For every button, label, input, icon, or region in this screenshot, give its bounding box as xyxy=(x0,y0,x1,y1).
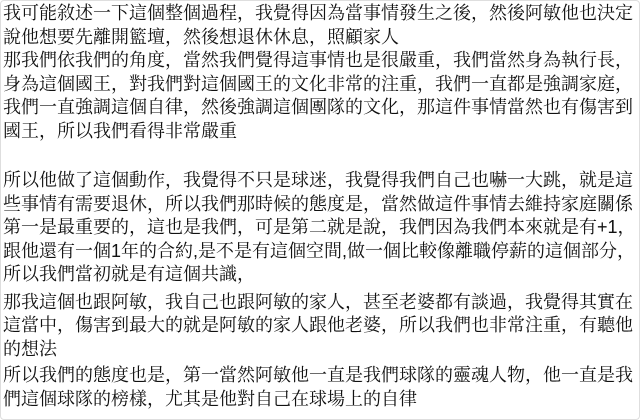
transcript-line: 我可能敘述一下這個整個過程，我覺得因為當事情發生之後，然後阿敏他也決定 xyxy=(3,2,639,26)
transcript-line: 那我這個也跟阿敏，我自己也跟阿敏的家人，甚至老婆都有談過，我覺得其實在 xyxy=(3,291,639,315)
transcript-line: 身為這個國王，對我們對這個國王的文化非常的注重，我們一直都是強調家庭， xyxy=(3,73,639,97)
transcript-line: 的想法 xyxy=(3,338,639,362)
transcript-paragraph: 那我們依我們的角度，當然我們覺得這事情也是很嚴重，我們當然身為執行長， 身為這個… xyxy=(3,49,639,143)
transcript-page: 我可能敘述一下這個整個過程，我覺得因為當事情發生之後，然後阿敏他也決定 說他想要… xyxy=(0,0,640,420)
transcript-line: 我們一直強調這個自律，然後強調這個團隊的文化，那這件事情當然也有傷害到 xyxy=(3,96,639,120)
transcript-line: 些事情有需要退休，所以我們那時候的態度是，當然做這件事情去維持家庭關係 xyxy=(3,193,639,217)
transcript-paragraph: 所以他做了這個動作，我覺得不只是球迷，我覺得我們自己也嚇一大跳，就是這 些事情有… xyxy=(3,169,639,287)
transcript-paragraph: 那我這個也跟阿敏，我自己也跟阿敏的家人，甚至老婆都有談過，我覺得其實在 這當中，… xyxy=(3,291,639,362)
transcript-line: 所以他做了這個動作，我覺得不只是球迷，我覺得我們自己也嚇一大跳，就是這 xyxy=(3,169,639,193)
transcript-line: 第一是最重要的，這也是我們，可是第二就是說，我們因為我們本來就是有+1， xyxy=(3,216,639,240)
transcript-line: 這當中，傷害到最大的就是阿敏的家人跟他老婆，所以我們也非常注重，有聽他 xyxy=(3,314,639,338)
transcript-line: 那我們依我們的角度，當然我們覺得這事情也是很嚴重，我們當然身為執行長， xyxy=(3,49,639,73)
transcript-line: 跟他還有一個1年的合約,是不是有這個空間,做一個比較像離職停薪的這個部分， xyxy=(3,240,639,264)
transcript-line: 所以我們的態度也是，第一當然阿敏他一直是我們球隊的靈魂人物，他一直是我 xyxy=(3,364,639,388)
transcript-paragraph: 我可能敘述一下這個整個過程，我覺得因為當事情發生之後，然後阿敏他也決定 說他想要… xyxy=(3,2,639,49)
transcript-line: 說他想要先離開籃壇，然後想退休休息，照顧家人 xyxy=(3,26,639,50)
transcript-line: 們這個球隊的榜樣，尤其是他對自己在球場上的自律 xyxy=(3,388,639,412)
transcript-line: 所以我們當初就是有這個共識， xyxy=(3,263,639,287)
transcript-paragraph: 所以我們的態度也是，第一當然阿敏他一直是我們球隊的靈魂人物，他一直是我 們這個球… xyxy=(3,364,639,411)
transcript-line: 國王，所以我們看得非常嚴重 xyxy=(3,120,639,144)
